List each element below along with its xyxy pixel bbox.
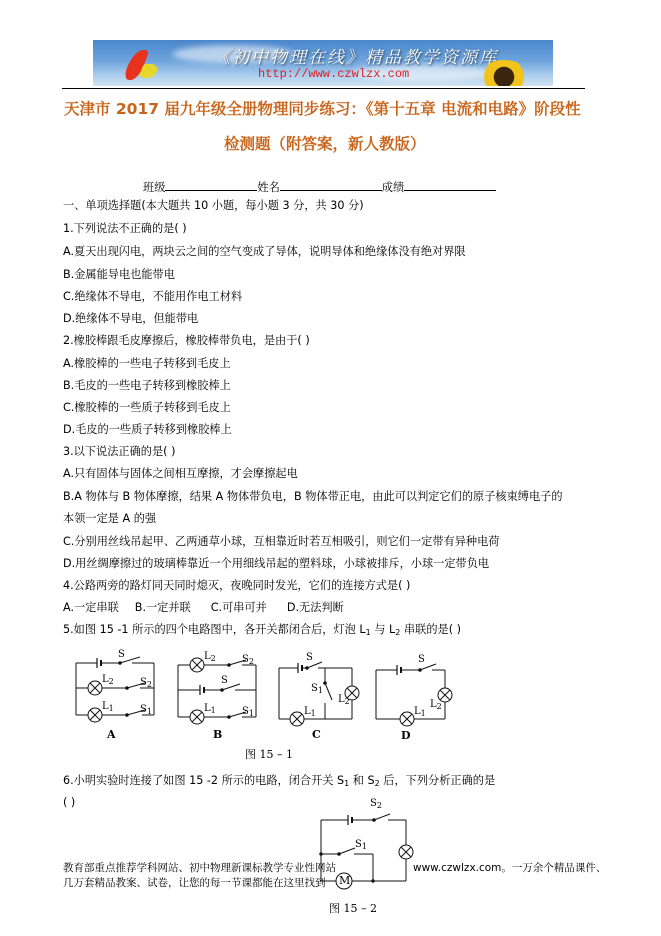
banner-title: 《初中物理在线》精品教学资源库 (213, 43, 498, 68)
page-title-line1: 天津市 2017 届九年级全册物理同步练习：《第十五章 电流和电路》阶段性 (64, 97, 581, 119)
question-4-options: A.一定串联B.一定并联C.可串可并D.无法判断 (63, 601, 344, 615)
label-c-s: S (306, 652, 313, 663)
label-c-l1: L1 (304, 706, 316, 718)
question-3-option-d: D.用丝绸摩擦过的玻璃棒靠近一个用细线吊起的塑料球，小球被排斥，小球一定带负电 (63, 557, 489, 571)
motor-icon: M (339, 874, 350, 887)
figure-15-1: S L2 S2 L1 S1 A L2 S2 S L1 S1 B S S1 L2 … (60, 645, 480, 765)
label-a-l2: L2 (102, 674, 114, 686)
question-3-option-c: C.分别用丝线吊起甲、乙两通草小球，互相靠近时若互相吸引，则它们一定带有异种电荷 (63, 535, 500, 549)
score-label: 成绩 (382, 181, 404, 194)
footer-left-line2: 几万套精品教案、试卷，让您的每一节课都能在这里找到 (63, 876, 336, 891)
figure-15-2: S2 S1 M 图 15 – 2 (300, 795, 440, 920)
class-label: 班级 (143, 181, 165, 194)
footer-left-line1: 教育部重点推荐学科网站、初中物理新课标教学专业性网站 (63, 861, 336, 876)
page-title-line2: 检测题（附答案，新人教版） (224, 132, 426, 154)
label-a-l1: L1 (102, 701, 114, 713)
question-4-stem: 4.公路两旁的路灯同天同时熄灭，夜晚同时发光，它们的连接方式是( ) (63, 579, 410, 593)
question-1-option-b: B.金属能导电也能带电 (63, 268, 175, 282)
label-b-s2: S2 (242, 654, 254, 666)
question-1-option-a: A.夏天出现闪电，两块云之间的空气变成了导体，说明导体和绝缘体没有绝对界限 (63, 245, 466, 259)
question-5-stem: 5.如图 15 -1 所示的四个电路图中，各开关都闭合后，灯泡 L1 与 L2 … (63, 623, 461, 640)
label-c-s1: S1 (311, 683, 323, 695)
label-a-s1: S1 (140, 704, 152, 716)
circuit-d-label: D (401, 729, 411, 742)
question-3-stem: 3.以下说法正确的是( ) (63, 445, 175, 459)
question-4-option-d: D.无法判断 (287, 601, 344, 614)
label-b-s: S (221, 675, 228, 686)
footer-left: 教育部重点推荐学科网站、初中物理新课标教学专业性网站 几万套精品教案、试卷，让您… (63, 861, 336, 891)
score-field[interactable] (404, 179, 496, 191)
header-banner: 《初中物理在线》精品教学资源库 http://www.czwlzx.com (93, 40, 553, 86)
label-b-l2: L2 (204, 651, 216, 663)
question-3-option-b: B.A 物体与 B 物体摩擦，结果 A 物体带负电，B 物体带正电，由此可以判定… (63, 490, 563, 504)
question-6-answer-blank: ( ) (63, 796, 75, 810)
question-2-option-c: C.橡胶棒的一些质子转移到毛皮上 (63, 401, 231, 415)
banner-url[interactable]: http://www.czwlzx.com (258, 67, 409, 81)
label-a-s2: S2 (140, 677, 152, 689)
name-field[interactable] (280, 179, 382, 191)
label-d-l1: L1 (414, 706, 426, 718)
label-s1: S1 (355, 839, 367, 851)
circuit-b-label: B (213, 728, 222, 741)
question-4-option-a: A.一定串联 (63, 601, 119, 614)
figure-15-1-caption: 图 15 – 1 (245, 746, 293, 762)
question-4-option-b: B.一定并联 (135, 601, 191, 614)
question-2-option-d: D.毛皮的一些质子转移到橡胶棒上 (63, 423, 232, 437)
footer-right: www.czwlzx.com。一万余个精品课件、 (413, 861, 606, 876)
question-1-option-d: D.绝缘体不导电，但能带电 (63, 312, 198, 326)
circuit-a-label: A (107, 728, 116, 741)
label-d-l2: L2 (430, 699, 442, 711)
student-fields: 班级姓名成绩 (143, 179, 496, 195)
name-label: 姓名 (257, 181, 279, 194)
question-1-option-c: C.绝缘体不导电，不能用作电工材料 (63, 290, 242, 304)
question-3-option-a: A.只有固体与固体之间相互摩擦，才会摩擦起电 (63, 467, 298, 481)
question-1-stem: 1.下列说法不正确的是( ) (63, 222, 187, 236)
section-heading: 一、单项选择题(本大题共 10 小题，每小题 3 分，共 30 分) (63, 199, 364, 213)
question-2-option-a: A.橡胶棒的一些电子转移到毛皮上 (63, 357, 231, 371)
question-3-option-b-cont: 本领一定是 A 的强 (63, 512, 156, 526)
circuit-c-label: C (312, 728, 321, 741)
question-2-option-b: B.毛皮的一些电子转移到橡胶棒上 (63, 379, 231, 393)
label-b-s1: S1 (242, 706, 254, 718)
label-d-s: S (418, 654, 425, 665)
header-rule (62, 88, 585, 89)
figure-15-2-caption: 图 15 – 2 (329, 900, 377, 916)
label-s2: S2 (370, 798, 382, 810)
class-field[interactable] (165, 179, 257, 191)
question-6-stem: 6.小明实验时连接了如图 15 -2 所示的电路，闭合开关 S1 和 S2 后，… (63, 774, 495, 791)
sunflower-icon (478, 60, 530, 86)
label-b-l1: L1 (204, 703, 216, 715)
question-2-stem: 2.橡胶棒跟毛皮摩擦后，橡胶棒带负电，是由于( ) (63, 334, 310, 348)
label-a-s: S (118, 649, 125, 660)
question-4-option-c: C.可串可并 (211, 601, 267, 614)
label-c-l2: L2 (338, 694, 350, 706)
logo-icon-accent (138, 64, 159, 78)
